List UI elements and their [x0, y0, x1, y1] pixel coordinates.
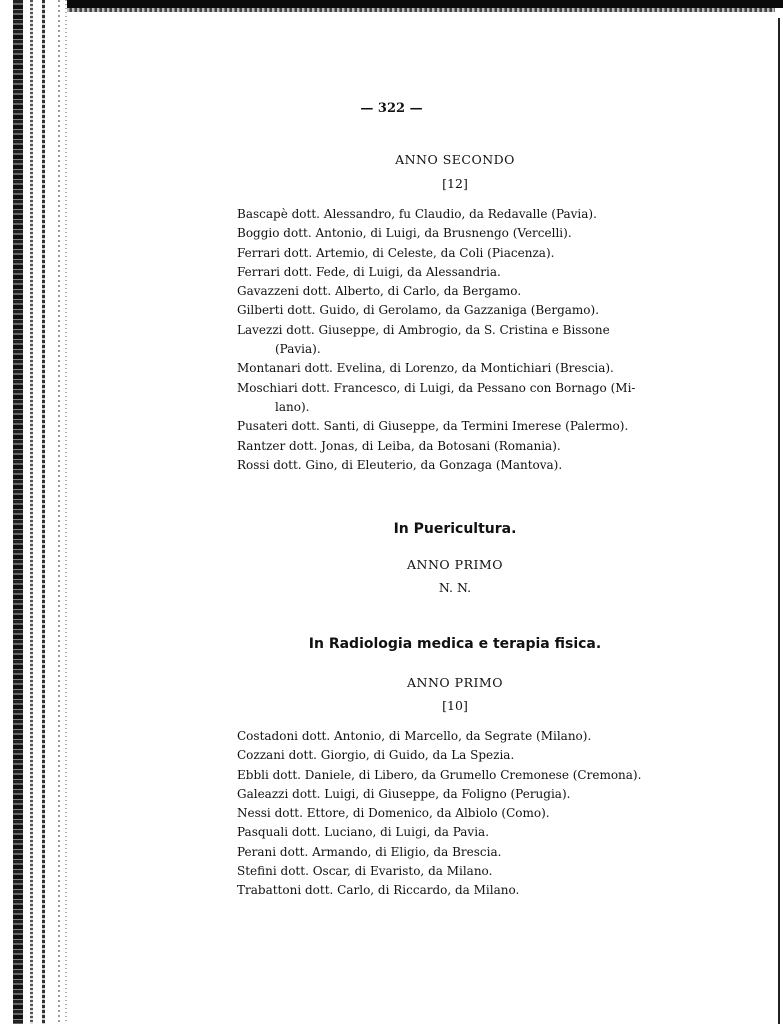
student-list: Costadoni dott. Antonio, di Marcello, da…	[237, 727, 673, 901]
list-item: Rantzer dott. Jonas, di Leiba, da Botosa…	[237, 437, 673, 456]
list-item: Stefini dott. Oscar, di Evaristo, da Mil…	[237, 862, 673, 881]
list-item: Trabattoni dott. Carlo, di Riccardo, da …	[237, 881, 673, 900]
list-item: Gavazzeni dott. Alberto, di Carlo, da Be…	[237, 282, 673, 301]
list-item: Costadoni dott. Antonio, di Marcello, da…	[237, 727, 673, 746]
list-item: Perani dott. Armando, di Eligio, da Bres…	[237, 843, 673, 862]
year-label: ANNO PRIMO	[0, 557, 783, 572]
list-item: Ferrari dott. Fede, di Luigi, da Alessan…	[237, 263, 673, 282]
scan-page-edge	[65, 8, 775, 12]
list-item: Moschiari dott. Francesco, di Luigi, da …	[237, 379, 673, 418]
list-item: Gilberti dott. Guido, di Gerolamo, da Ga…	[237, 301, 673, 320]
list-item: Montanari dott. Evelina, di Lorenzo, da …	[237, 359, 673, 378]
page-number: — 322 —	[0, 101, 783, 116]
list-item: Rossi dott. Gino, di Eleuterio, da Gonza…	[237, 456, 673, 475]
list-item: Galeazzi dott. Luigi, di Giuseppe, da Fo…	[237, 785, 673, 804]
year-label: ANNO PRIMO	[0, 675, 783, 690]
list-item: Pusateri dott. Santi, di Giuseppe, da Te…	[237, 417, 673, 436]
student-list: Bascapè dott. Alessandro, fu Claudio, da…	[237, 205, 673, 475]
list-item: Lavezzi dott. Giuseppe, di Ambrogio, da …	[237, 321, 673, 360]
section-title: In Puericultura.	[0, 521, 783, 537]
list-item: Ferrari dott. Artemio, di Celeste, da Co…	[237, 244, 673, 263]
list-item: Bascapè dott. Alessandro, fu Claudio, da…	[237, 205, 673, 224]
enrollment-count: [10]	[0, 698, 783, 713]
scan-top-border	[0, 0, 783, 8]
list-item: Pasquali dott. Luciano, di Luigi, da Pav…	[237, 823, 673, 842]
enrollment-count: [12]	[0, 176, 783, 191]
list-item: Cozzani dott. Giorgio, di Guido, da La S…	[237, 746, 673, 765]
enrollment-count: N. N.	[0, 580, 783, 595]
section-title: In Radiologia medica e terapia fisica.	[0, 636, 783, 652]
year-label: ANNO SECONDO	[0, 152, 783, 167]
list-item: Boggio dott. Antonio, di Luigi, da Brusn…	[237, 224, 673, 243]
list-item: Nessi dott. Ettore, di Domenico, da Albi…	[237, 804, 673, 823]
list-item: Ebbli dott. Daniele, di Libero, da Grume…	[237, 766, 673, 785]
